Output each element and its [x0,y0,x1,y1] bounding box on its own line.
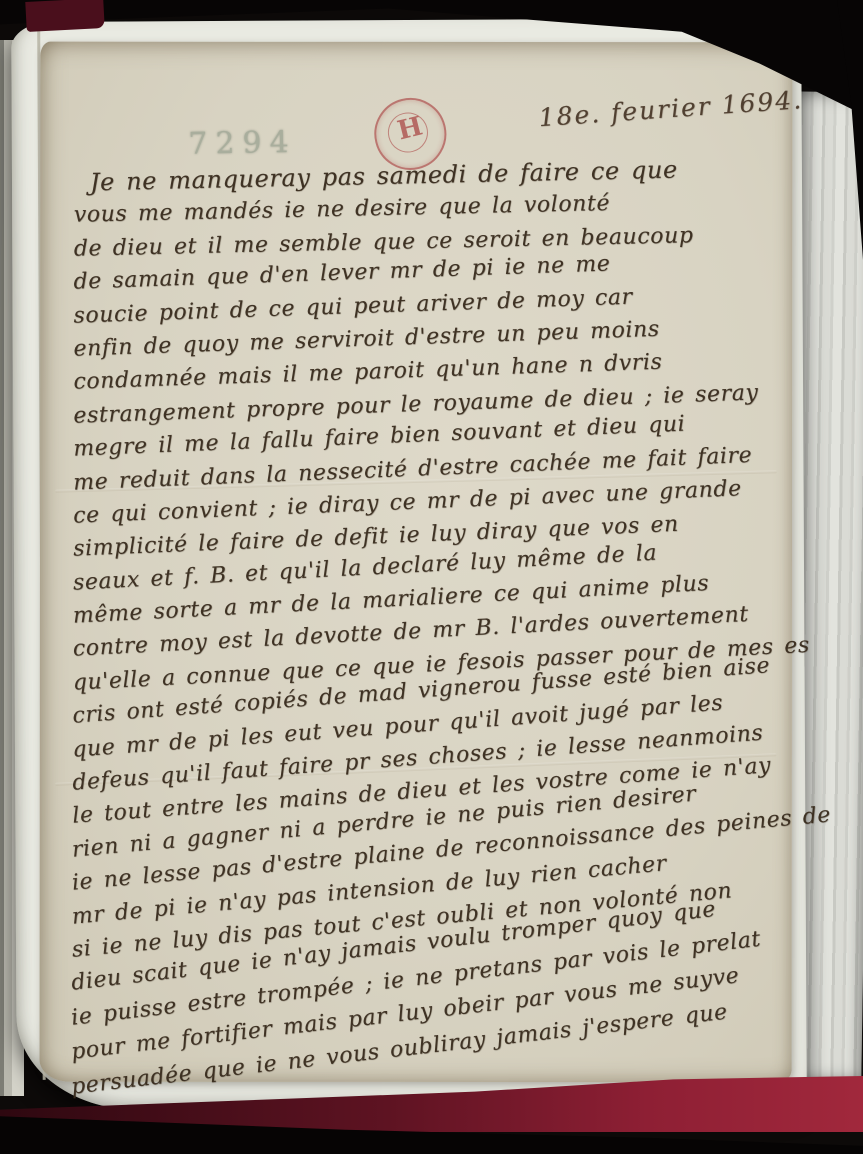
catalog-number: 7294 [188,125,297,162]
letter-body: Je ne manqueray pas samedi de faire ce q… [74,168,863,1108]
letter-sheet: 7294 H 18e. feurier 1694. Je ne manquera… [40,42,793,1083]
book-cover-corner [25,0,104,32]
album-mount-page: 7294 H 18e. feurier 1694. Je ne manquera… [11,18,807,1110]
manuscript-photo: 7294 H 18e. feurier 1694. Je ne manquera… [0,0,863,1154]
date-annotation: 18e. feurier 1694. [538,85,804,132]
